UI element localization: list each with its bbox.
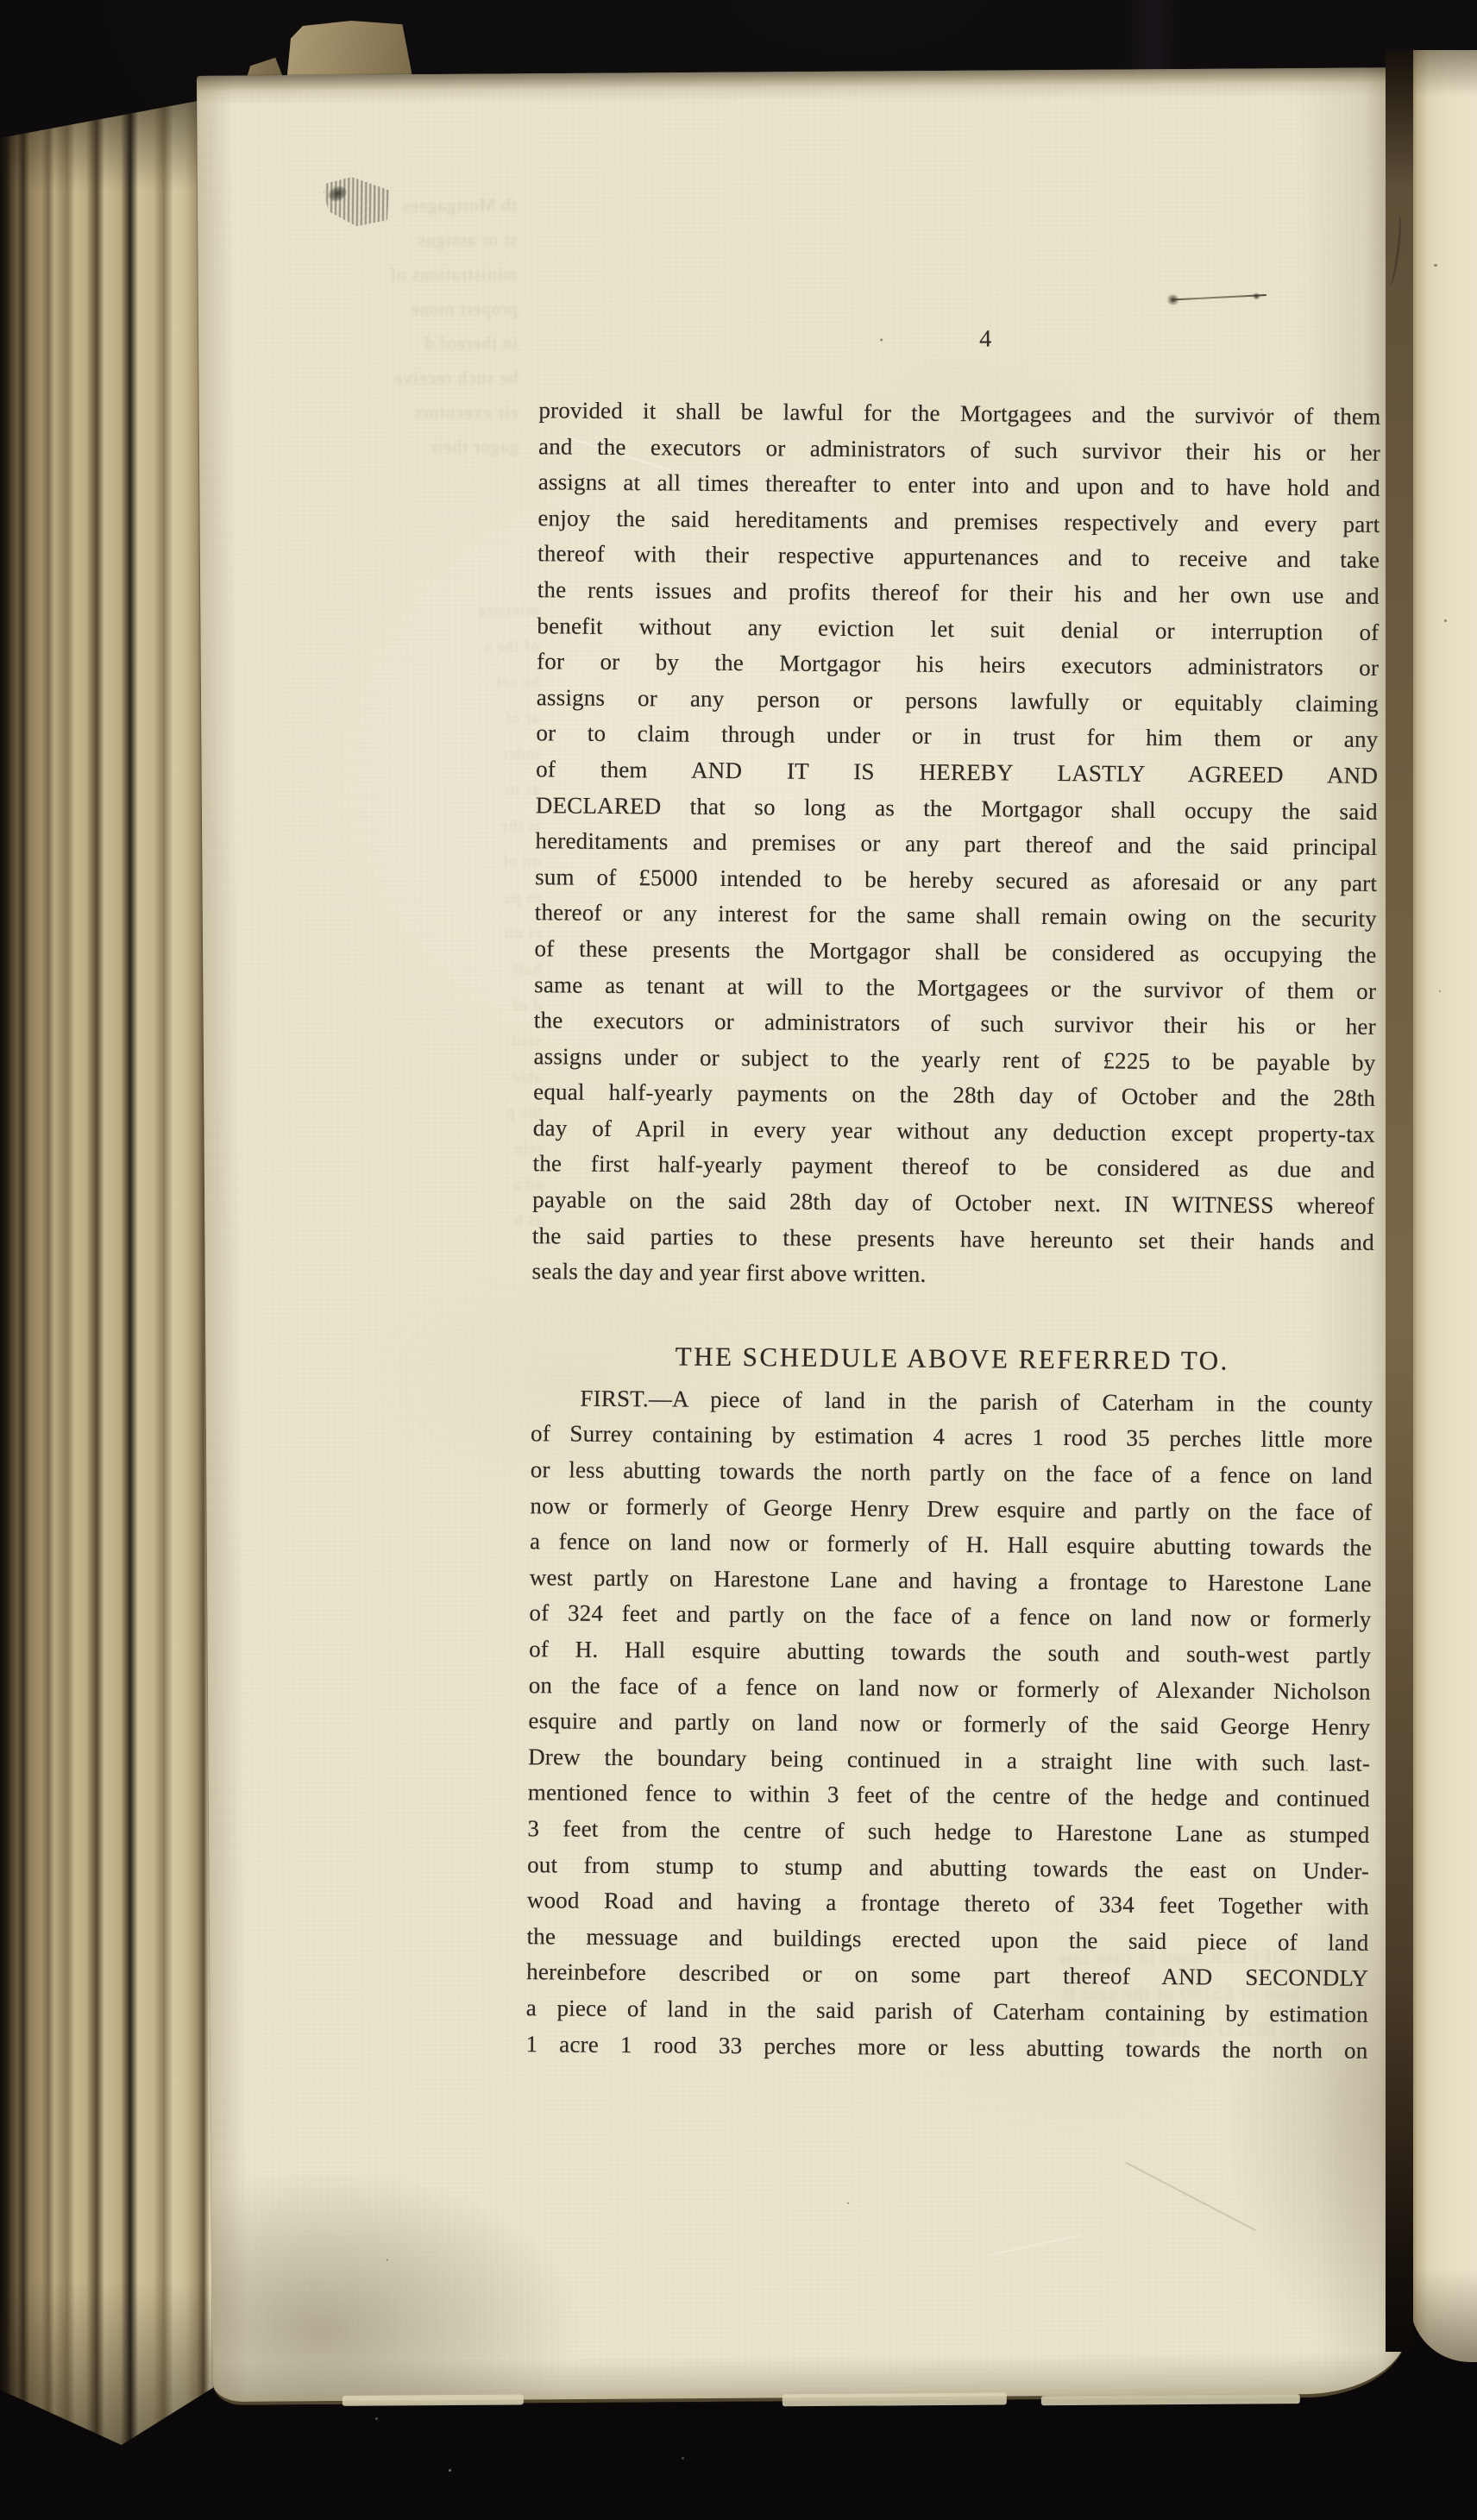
text-block: provided it shall be lawful for the Mort… [525, 393, 1380, 2069]
page-number: 4 [951, 325, 1020, 354]
paper-crease [990, 2234, 1083, 2256]
paragraph-mortgage-covenants-line: payable on the said 28th day of October … [532, 1182, 1374, 1224]
show-through-upper-left: tb Mortgageesst or assignsministrations … [249, 194, 519, 472]
paper-speck [847, 2203, 849, 2204]
paper-speck [880, 338, 883, 341]
paper-speck [387, 2259, 388, 2261]
dust-speck [449, 2469, 451, 2472]
show-through-left-margin-line: said [395, 1032, 542, 1069]
paper-speck [1439, 990, 1441, 992]
paragraph-schedule-first-line: wood Road and having a frontage thereto … [527, 1882, 1369, 1925]
next-leaf-edge [1410, 50, 1477, 2362]
paragraph-schedule-first: FIRST.—A piece of land in the parish of … [525, 1380, 1373, 2069]
show-through-left-margin-line: as to [393, 781, 540, 818]
show-through-left-margin-line: to pa [394, 889, 541, 926]
show-through-left-margin-line: ar of [393, 709, 539, 746]
show-through-left-margin-line: be set [393, 673, 539, 710]
dust-speck [682, 2457, 684, 2460]
show-through-left-margin-line: on of [393, 852, 540, 889]
paragraph-mortgage-covenants-line: of these presents the Mortgagor shall be… [534, 931, 1376, 973]
paragraph-mortgage-covenants-line: provided it shall be lawful for the Mort… [538, 393, 1380, 435]
paragraph-schedule-first-line: or less abutting towards the north partl… [531, 1452, 1373, 1494]
show-through-left-margin-line: ministra [392, 601, 538, 638]
paragraph-schedule-first-line: 1 acre 1 rood 33 perches more or less ab… [525, 2027, 1367, 2069]
show-through-upper-left-line: gagor their [251, 436, 519, 472]
show-through-left-margin: ministraof the sbe setar ofinderas tois … [392, 601, 543, 1248]
paragraph-schedule-first-line: of H. Hall esquire abutting towards the … [529, 1631, 1371, 1674]
paragraph-mortgage-covenants-line: assigns at all times thereafter to enter… [538, 464, 1380, 506]
torn-edge-fragment [782, 2393, 1007, 2407]
show-through-left-margin-line: half [394, 960, 541, 997]
paragraph-mortgage-covenants: provided it shall be lawful for the Mort… [531, 393, 1380, 1296]
show-through-upper-left-line: propert mone [250, 298, 518, 334]
paragraph-mortgage-covenants-line: for or by the Mortgagor his heirs execut… [537, 644, 1379, 686]
paragraph-schedule-first-line: a fence on land now or formerly of H. Ha… [530, 1524, 1372, 1566]
paragraph-schedule-first-line: esquire and partly on land now or former… [528, 1703, 1370, 1745]
dust-speck [375, 2417, 378, 2420]
document-page: tb Mortgageesst or assignsministrations … [197, 67, 1409, 2405]
show-through-left-margin-line: ed a [396, 1176, 543, 1213]
show-through-left-margin-line: is the [393, 817, 540, 854]
show-through-left-margin-line: as h [396, 1211, 543, 1248]
paragraph-mortgage-covenants-line: hereditaments and premises or any part t… [535, 823, 1377, 865]
stacked-page-edges [0, 97, 221, 2445]
paragraph-schedule-first-line: a piece of land in the said parish of Ca… [526, 1990, 1368, 2033]
paragraph-schedule-first-line: 3 feet from the centre of such hedge to … [527, 1811, 1369, 1853]
show-through-upper-left-line: eir executors [251, 401, 519, 437]
paragraph-mortgage-covenants-line: the rents issues and profits thereof for… [537, 572, 1380, 614]
paper-speck [1434, 264, 1437, 267]
show-through-left-margin-line: the p [395, 1104, 542, 1141]
paragraph-mortgage-covenants-line: the executors or administrators of such … [534, 1002, 1376, 1045]
paragraph-mortgage-covenants-line: of them AND IT IS HEREBY LASTLY AGREED A… [536, 751, 1378, 794]
show-through-upper-left-line: ministrations of [250, 263, 518, 299]
show-through-upper-left-line: be such receive [250, 367, 518, 403]
paragraph-mortgage-covenants-line: seals the day and year first above writt… [531, 1254, 1373, 1296]
paper-speck [1444, 619, 1447, 622]
book-photograph: tb Mortgageesst or assignsministrations … [0, 0, 1477, 2520]
schedule-heading: THE SCHEDULE ABOVE REFERRED TO. [531, 1336, 1373, 1381]
show-through-left-margin-line: of the s [393, 638, 539, 675]
show-through-left-margin-line: inder [393, 745, 539, 782]
show-through-upper-left-line: in thereof d [250, 332, 518, 368]
torn-edge-fragment [343, 2394, 524, 2405]
paper-crease [1125, 2162, 1256, 2232]
show-through-left-margin-line: able [395, 1068, 542, 1105]
gutter-shadow [1386, 50, 1413, 2352]
show-through-upper-left-line: st or assigns [249, 229, 517, 265]
show-through-left-margin-line: rs on [394, 925, 541, 962]
show-through-left-margin-line: d of [394, 996, 541, 1034]
torn-edge-fragment [1041, 2394, 1300, 2405]
ink-dot [1253, 292, 1260, 299]
show-through-left-margin-line: rein [396, 1140, 543, 1177]
